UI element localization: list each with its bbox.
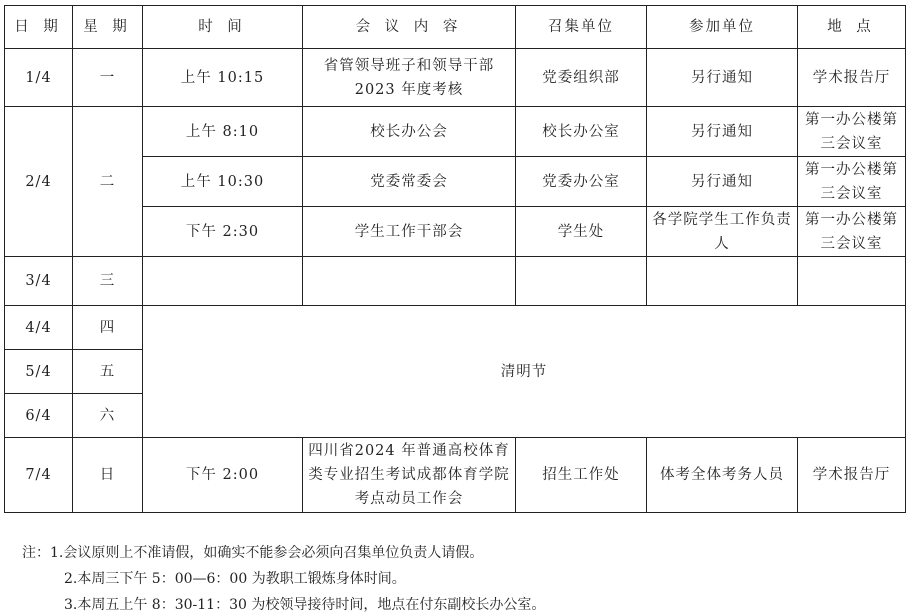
header-location: 地 点 (798, 6, 906, 49)
header-time: 时 间 (143, 6, 303, 49)
content-cell (303, 257, 516, 306)
table-row: 7/4 日 下午 2:00 四川省2024 年普通高校体育类专业招生考试成都体育… (5, 438, 906, 513)
convener-cell: 党委组织部 (516, 49, 647, 107)
date-cell: 4/4 (5, 306, 73, 350)
participants-cell: 各学院学生工作负责人 (647, 207, 798, 257)
note-item: 2.本周三下午 5：00—6：00 为教职工锻炼身体时间。 (22, 566, 545, 592)
content-cell: 校长办公会 (303, 107, 516, 157)
header-weekday: 星 期 (73, 6, 143, 49)
participants-cell: 另行通知 (647, 157, 798, 207)
notes-prefix: 注： (22, 545, 50, 561)
note-item: 1.会议原则上不准请假，如确实不能参会必须向召集单位负责人请假。 (50, 545, 483, 561)
time-cell: 下午 2:30 (143, 207, 303, 257)
date-cell: 6/4 (5, 394, 73, 438)
weekday-cell: 二 (73, 107, 143, 257)
header-content: 会 议 内 容 (303, 6, 516, 49)
participants-cell: 体考全体考务人员 (647, 438, 798, 513)
location-cell (798, 257, 906, 306)
content-cell: 省管领导班子和领导干部2023 年度考核 (303, 49, 516, 107)
location-cell: 第一办公楼第三会议室 (798, 107, 906, 157)
convener-cell: 学生处 (516, 207, 647, 257)
note-item: 3.本周五上午 8：30-11：30 为校领导接待时间，地点在付东副校长办公室。 (22, 592, 545, 614)
holiday-cell: 清明节 (143, 306, 906, 438)
weekday-cell: 三 (73, 257, 143, 306)
header-date: 日 期 (5, 6, 73, 49)
location-cell: 第一办公楼第三会议室 (798, 157, 906, 207)
participants-cell: 另行通知 (647, 49, 798, 107)
content-cell: 党委常委会 (303, 157, 516, 207)
table-row: 1/4 一 上午 10:15 省管领导班子和领导干部2023 年度考核 党委组织… (5, 49, 906, 107)
date-cell: 7/4 (5, 438, 73, 513)
header-convener: 召集单位 (516, 6, 647, 49)
time-cell: 上午 8:10 (143, 107, 303, 157)
convener-cell: 招生工作处 (516, 438, 647, 513)
convener-cell: 校长办公室 (516, 107, 647, 157)
convener-cell: 党委办公室 (516, 157, 647, 207)
location-cell: 学术报告厅 (798, 438, 906, 513)
date-cell: 2/4 (5, 107, 73, 257)
weekday-cell: 六 (73, 394, 143, 438)
table-row: 3/4 三 (5, 257, 906, 306)
time-cell: 上午 10:15 (143, 49, 303, 107)
location-cell: 学术报告厅 (798, 49, 906, 107)
weekday-cell: 五 (73, 350, 143, 394)
weekday-cell: 四 (73, 306, 143, 350)
table-row: 4/4 四 清明节 (5, 306, 906, 350)
weekday-cell: 一 (73, 49, 143, 107)
time-cell: 上午 10:30 (143, 157, 303, 207)
note-line: 注：1.会议原则上不准请假，如确实不能参会必须向召集单位负责人请假。 (22, 540, 545, 566)
header-row: 日 期 星 期 时 间 会 议 内 容 召集单位 参加单位 地 点 (5, 6, 906, 49)
convener-cell (516, 257, 647, 306)
content-cell: 四川省2024 年普通高校体育类专业招生考试成都体育学院考点动员工作会 (303, 438, 516, 513)
header-participants: 参加单位 (647, 6, 798, 49)
participants-cell (647, 257, 798, 306)
location-cell: 第一办公楼第三会议室 (798, 207, 906, 257)
meeting-schedule-table: 日 期 星 期 时 间 会 议 内 容 召集单位 参加单位 地 点 1/4 一 … (4, 5, 906, 513)
participants-cell: 另行通知 (647, 107, 798, 157)
time-cell (143, 257, 303, 306)
date-cell: 5/4 (5, 350, 73, 394)
content-cell: 学生工作干部会 (303, 207, 516, 257)
table-row: 2/4 二 上午 8:10 校长办公会 校长办公室 另行通知 第一办公楼第三会议… (5, 107, 906, 157)
date-cell: 3/4 (5, 257, 73, 306)
date-cell: 1/4 (5, 49, 73, 107)
weekday-cell: 日 (73, 438, 143, 513)
time-cell: 下午 2:00 (143, 438, 303, 513)
notes-section: 注：1.会议原则上不准请假，如确实不能参会必须向召集单位负责人请假。 2.本周三… (22, 540, 545, 614)
